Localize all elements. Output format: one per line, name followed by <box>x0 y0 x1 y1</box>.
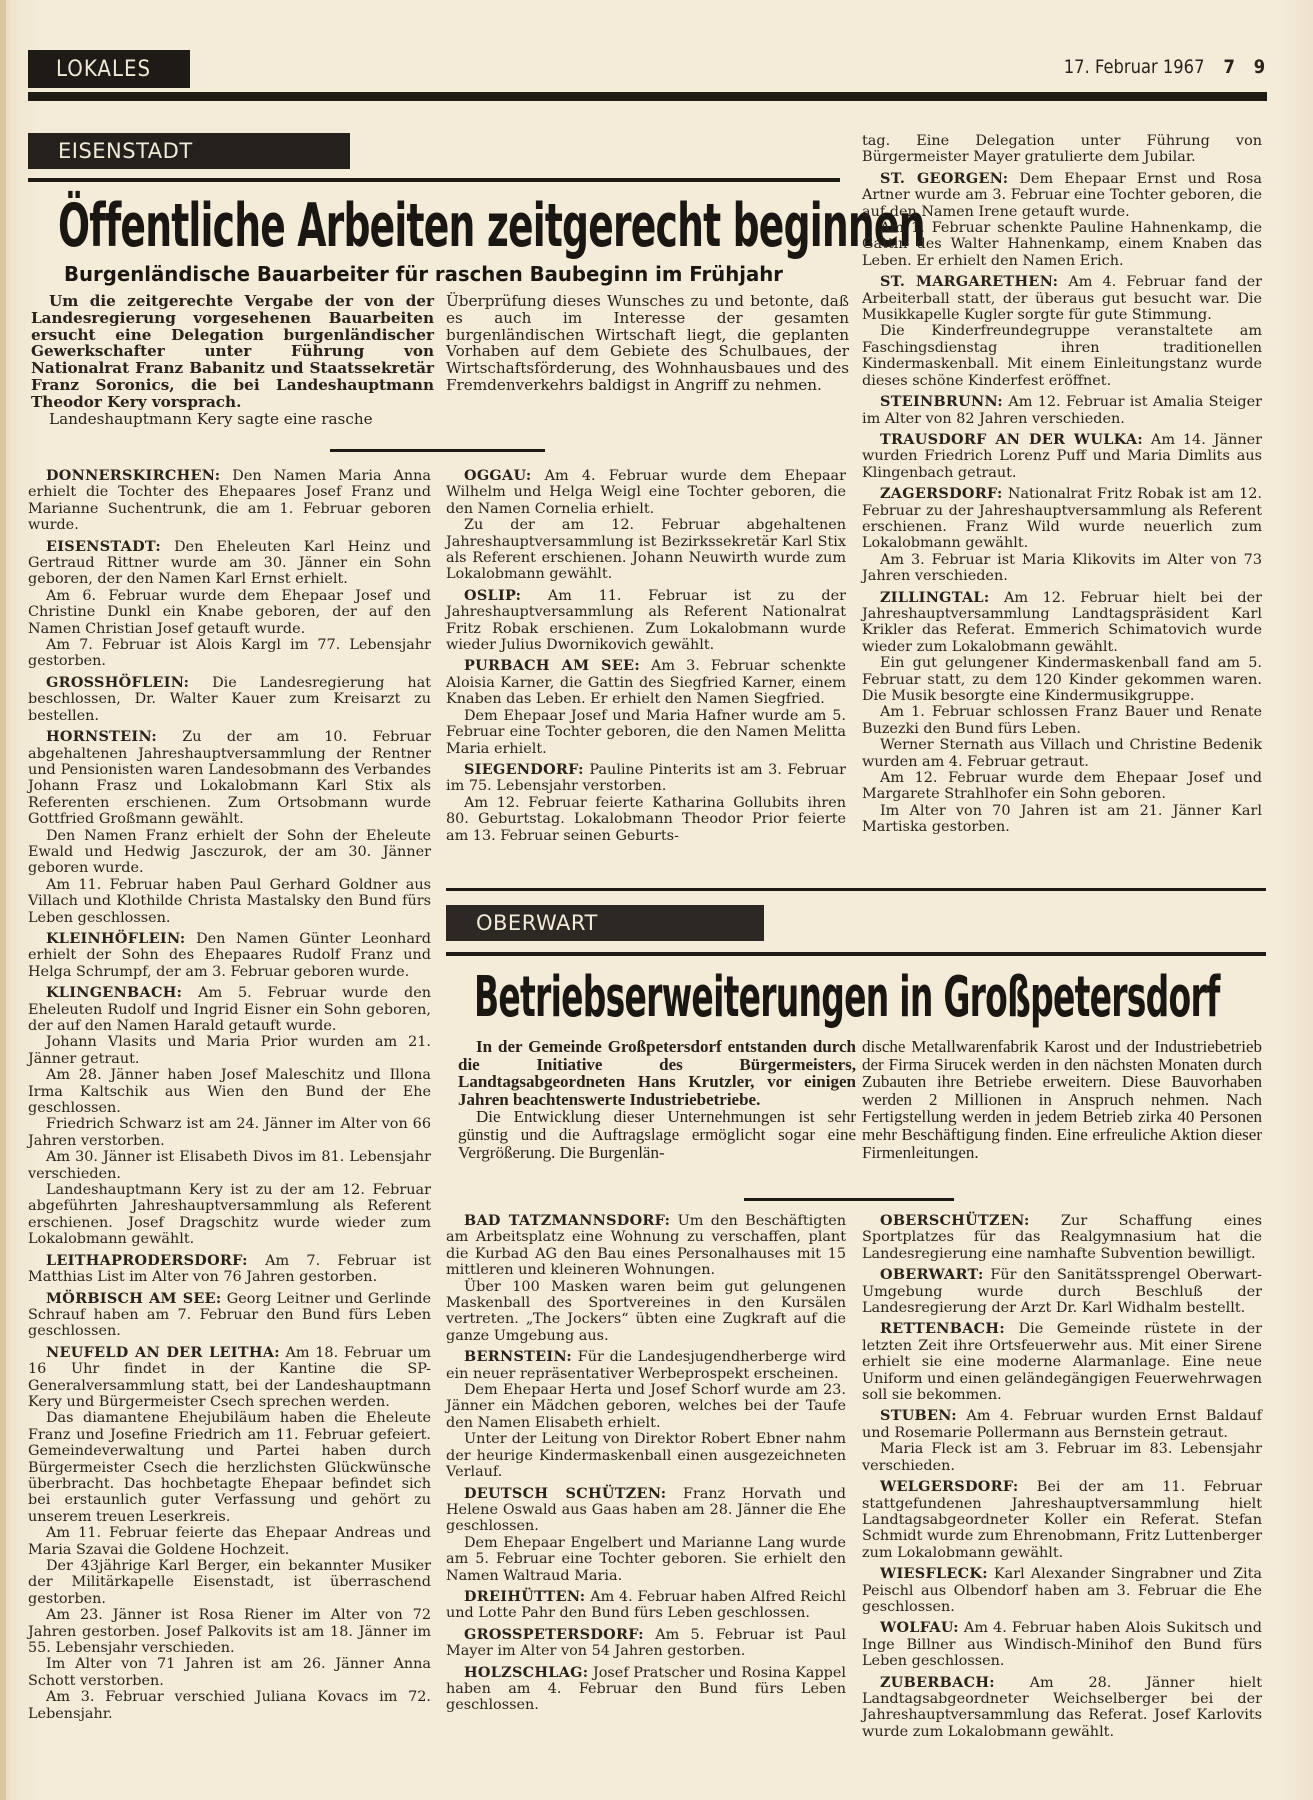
place-name: ZAGERSDORF: <box>880 485 1003 502</box>
news-paragraph: Am 3. Februar verschied Juliana Kovacs i… <box>28 1689 431 1722</box>
news-entry: HORNSTEIN: Zu der am 10. Februar abgehal… <box>28 729 431 827</box>
news-entry: WELGERSDORF: Bei der am 11. Februar stat… <box>862 1479 1262 1561</box>
page-number: 9 <box>1254 56 1265 78</box>
news-paragraph: Ein gut gelungener Kindermaskenball fand… <box>862 655 1262 704</box>
news-paragraph: Am 23. Jänner ist Rosa Riener im Alter v… <box>28 1607 431 1656</box>
news-column-5: OBERSCHÜTZEN: Zur Schaffung eines Sportp… <box>862 1208 1262 1740</box>
news-entry: OBERSCHÜTZEN: Zur Schaffung eines Sportp… <box>862 1213 1262 1262</box>
place-name: EISENSTADT: <box>46 538 161 555</box>
entry-text: Ein gut gelungener Kindermaskenball fand… <box>862 655 1262 704</box>
news-column-2: OGGAU: Am 4. Februar wurde dem Ehepaar W… <box>446 463 846 844</box>
place-name: WOLFAU: <box>880 1619 959 1636</box>
place-name: DEUTSCH SCHÜTZEN: <box>464 1485 666 1502</box>
place-name: ZUBERBACH: <box>880 1674 995 1691</box>
news-entry: RETTENBACH: Die Gemeinde rüstete in der … <box>862 1321 1262 1403</box>
entry-text: Unter der Leitung von Direktor Robert Eb… <box>446 1431 846 1480</box>
body-paragraph: Die Entwicklung dieser Unternehmungen is… <box>458 1108 856 1161</box>
news-paragraph: Am 12. Februar feierte Katharina Gollubi… <box>446 795 846 844</box>
news-entry: NEUFELD AN DER LEITHA: Am 18. Februar um… <box>28 1345 431 1411</box>
entry-text: Im Alter von 70 Jahren ist am 21. Jänner… <box>862 803 1262 835</box>
place-name: BAD TATZMANNSDORF: <box>464 1212 670 1229</box>
place-name: STUBEN: <box>880 1407 957 1424</box>
entry-text: Dem Ehepaar Josef und Maria Hafner wurde… <box>446 708 846 757</box>
news-paragraph: Am 12. Februar wurde dem Ehepaar Josef u… <box>862 770 1262 803</box>
entry-text: Am 11. Februar feierte das Ehepaar Andre… <box>28 1525 431 1557</box>
news-paragraph: Am 11. Februar feierte das Ehepaar Andre… <box>28 1525 431 1558</box>
place-name: OBERWART: <box>880 1266 984 1283</box>
newspaper-page: LOKALES 17. Februar 1967 7 9 EISENSTADT … <box>0 0 1313 1800</box>
place-name: STEINBRUNN: <box>880 393 1003 410</box>
news-entry: BERNSTEIN: Für die Landesjugendherberge … <box>446 1349 846 1382</box>
entry-text: Dem Ehepaar Engelbert und Marianne Lang … <box>446 1535 846 1584</box>
entry-text: Dem Ehepaar Herta und Josef Schorf wurde… <box>446 1382 846 1431</box>
entry-text: Johann Vlasits und Maria Prior wurden am… <box>28 1034 431 1066</box>
news-paragraph: Das diamantene Ehejubiläum haben die Ehe… <box>28 1410 431 1525</box>
entry-text: Friedrich Schwarz ist am 24. Jänner im A… <box>28 1116 431 1148</box>
place-name: DONNERSKIRCHEN: <box>46 467 220 484</box>
place-name: OSLIP: <box>464 587 521 604</box>
place-name: HORNSTEIN: <box>46 728 157 745</box>
place-name: TRAUSDORF AN DER WULKA: <box>880 431 1143 448</box>
entry-text: Am 12. Februar wurde dem Ehepaar Josef u… <box>862 770 1262 802</box>
entry-text: Am 6. Februar wurde dem Ehepaar Josef un… <box>28 588 431 637</box>
entry-text: Im Alter von 71 Jahren ist am 26. Jänner… <box>28 1656 431 1688</box>
news-column-1: DONNERSKIRCHEN: Den Namen Maria Anna erh… <box>28 463 431 1722</box>
news-entry: WOLFAU: Am 4. Februar haben Alois Sukits… <box>862 1620 1262 1669</box>
place-name: KLEINHÖFLEIN: <box>46 930 186 947</box>
news-entry: STUBEN: Am 4. Februar wurden Ernst Balda… <box>862 1408 1262 1441</box>
place-name: SIEGENDORF: <box>464 761 584 778</box>
place-name: LEITHAPRODERSDORF: <box>46 1252 248 1269</box>
news-entry: ST. GEORGEN: Dem Ehepaar Ernst und Rosa … <box>862 171 1262 220</box>
news-paragraph: Dem Ehepaar Herta und Josef Schorf wurde… <box>446 1382 846 1431</box>
news-column-4: BAD TATZMANNSDORF: Um den Beschäftigten … <box>446 1208 846 1714</box>
place-name: ZILLINGTAL: <box>880 589 989 606</box>
news-paragraph: Über 100 Masken waren beim gut gelungene… <box>446 1279 846 1345</box>
news-entry: BAD TATZMANNSDORF: Um den Beschäftigten … <box>446 1213 846 1279</box>
news-entry: ZAGERSDORF: Nationalrat Fritz Robak ist … <box>862 486 1262 552</box>
news-paragraph: Im Alter von 70 Jahren ist am 21. Jänner… <box>862 803 1262 836</box>
news-entry: LEITHAPRODERSDORF: Am 7. Februar ist Mat… <box>28 1253 431 1286</box>
news-entry: KLINGENBACH: Am 5. Februar wurde den Ehe… <box>28 985 431 1034</box>
news-entry: HOLZSCHLAG: Josef Pratscher und Rosina K… <box>446 1665 846 1714</box>
news-entry: EISENSTADT: Den Eheleuten Karl Heinz und… <box>28 539 431 588</box>
news-paragraph: Friedrich Schwarz ist am 24. Jänner im A… <box>28 1116 431 1149</box>
place-name: MÖRBISCH AM SEE: <box>46 1290 222 1307</box>
news-entry: ST. MARGARETHEN: Am 4. Februar fand der … <box>862 274 1262 323</box>
news-paragraph: Werner Sternath aus Villach und Christin… <box>862 737 1262 770</box>
news-paragraph: Die Kinderfreundegruppe veranstaltete am… <box>862 323 1262 389</box>
news-paragraph: tag. Eine Delegation unter Führung von B… <box>862 133 1262 166</box>
news-paragraph: Der 43jährige Karl Berger, ein bekannter… <box>28 1558 431 1607</box>
news-entry: ZILLINGTAL: Am 12. Februar hielt bei der… <box>862 590 1262 656</box>
place-name: RETTENBACH: <box>880 1320 1005 1337</box>
entry-text: Am 7. Februar ist Alois Kargl im 77. Leb… <box>28 637 431 669</box>
entry-text: tag. Eine Delegation unter Führung von B… <box>862 133 1262 165</box>
entry-text: Den Namen Franz erhielt der Sohn der Ehe… <box>28 828 431 877</box>
lead-column-eisenstadt: Um die zeitgerechte Vergabe der von der … <box>31 293 434 427</box>
dateline: 17. Februar 1967 7 9 <box>1064 56 1265 78</box>
news-entry: STEINBRUNN: Am 12. Februar ist Amalia St… <box>862 394 1262 427</box>
news-paragraph: Am 6. Februar wurde dem Ehepaar Josef un… <box>28 588 431 637</box>
entry-text: Über 100 Masken waren beim gut gelungene… <box>446 1279 846 1344</box>
place-name: OBERSCHÜTZEN: <box>880 1212 1030 1229</box>
place-name: KLINGENBACH: <box>46 984 182 1001</box>
news-paragraph: Am 11. Februar haben Paul Gerhard Goldne… <box>28 877 431 926</box>
section-rule-eisenstadt <box>28 178 840 182</box>
news-paragraph: Dem Ehepaar Josef und Maria Hafner wurde… <box>446 708 846 757</box>
news-entry: OGGAU: Am 4. Februar wurde dem Ehepaar W… <box>446 468 846 517</box>
place-name: GROSSPETERSDORF: <box>464 1626 644 1643</box>
entry-text: Landeshauptmann Kery ist zu der am 12. F… <box>28 1182 431 1247</box>
news-paragraph: Maria Fleck ist am 3. Februar im 83. Leb… <box>862 1441 1262 1474</box>
issue-date: 17. Februar 1967 <box>1064 56 1205 78</box>
column-separator-rule <box>744 1198 954 1201</box>
place-name: ST. MARGARETHEN: <box>880 273 1058 290</box>
news-entry: SIEGENDORF: Pauline Pinterits ist am 3. … <box>446 762 846 795</box>
body-column-oberwart: dische Metallwarenfabrik Karost und der … <box>862 1038 1262 1161</box>
entry-text: Das diamantene Ehejubiläum haben die Ehe… <box>28 1410 431 1524</box>
place-name: WIESFLECK: <box>880 1565 988 1582</box>
entry-text: Am 12. Februar feierte Katharina Gollubi… <box>446 795 846 844</box>
news-paragraph: Zu der am 12. Februar abgehaltenen Jahre… <box>446 517 846 583</box>
entry-text: Am 3. Februar verschied Juliana Kovacs i… <box>28 1689 431 1721</box>
news-entry: GROSSPETERSDORF: Am 5. Februar ist Paul … <box>446 1627 846 1660</box>
news-entry: ZUBERBACH: Am 28. Jänner hielt Landtagsa… <box>862 1675 1262 1741</box>
news-paragraph: Am 1. Februar schenkte Pauline Hahnenkam… <box>862 220 1262 269</box>
body-column-eisenstadt: Überprüfung dieses Wunsches zu und beton… <box>446 293 849 394</box>
lead-column-oberwart: In der Gemeinde Großpetersdorf entstande… <box>458 1038 856 1161</box>
place-name: GROSSHÖFLEIN: <box>46 674 189 691</box>
place-name: HOLZSCHLAG: <box>464 1664 588 1681</box>
news-paragraph: Landeshauptmann Kery ist zu der am 12. F… <box>28 1182 431 1248</box>
entry-text: Am 1. Februar schlossen Franz Bauer und … <box>862 704 1262 736</box>
news-paragraph: Am 3. Februar ist Maria Klikovits im Alt… <box>862 552 1262 585</box>
entry-text: Am 1. Februar schenkte Pauline Hahnenkam… <box>862 220 1262 269</box>
news-paragraph: Johann Vlasits und Maria Prior wurden am… <box>28 1034 431 1067</box>
column-separator-rule <box>330 449 545 452</box>
place-name: NEUFELD AN DER LEITHA: <box>46 1344 280 1361</box>
news-entry: DEUTSCH SCHÜTZEN: Franz Horvath und Hele… <box>446 1486 846 1535</box>
place-name: WELGERSDORF: <box>880 1478 1018 1495</box>
header-rule <box>28 92 1267 101</box>
body-paragraph: Landeshauptmann Kery sagte eine rasche <box>31 411 434 428</box>
news-entry: PURBACH AM SEE: Am 3. Februar schenkte A… <box>446 658 846 707</box>
news-entry: DREIHÜTTEN: Am 4. Februar haben Alfred R… <box>446 1589 846 1622</box>
news-entry: TRAUSDORF AN DER WULKA: Am 14. Jänner wu… <box>862 432 1262 481</box>
section-tab-eisenstadt: EISENSTADT <box>28 133 350 169</box>
news-paragraph: Im Alter von 71 Jahren ist am 26. Jänner… <box>28 1656 431 1689</box>
news-entry: GROSSHÖFLEIN: Die Landesregierung hat be… <box>28 675 431 724</box>
section-tab-oberwart: OBERWART <box>446 905 764 941</box>
headline-oberwart: Betriebserweiterungen in Großpetersdorf <box>474 965 1220 1030</box>
entry-text: Werner Sternath aus Villach und Christin… <box>862 737 1262 769</box>
paper-edge <box>0 0 6 1800</box>
entry-text: Maria Fleck ist am 3. Februar im 83. Leb… <box>862 1441 1262 1473</box>
lead-paragraph: Um die zeitgerechte Vergabe der von der … <box>31 293 434 411</box>
entry-text: Der 43jährige Karl Berger, ein bekannter… <box>28 1558 431 1607</box>
news-entry: DONNERSKIRCHEN: Den Namen Maria Anna erh… <box>28 468 431 534</box>
headline-eisenstadt: Öffentliche Arbeiten zeitgerecht beginne… <box>58 190 925 260</box>
news-entry: WIESFLECK: Karl Alexander Singrabner und… <box>862 1566 1262 1615</box>
news-column-3: tag. Eine Delegation unter Führung von B… <box>862 133 1262 836</box>
news-paragraph: Am 7. Februar ist Alois Kargl im 77. Leb… <box>28 637 431 670</box>
news-paragraph: Am 28. Jänner haben Josef Maleschitz und… <box>28 1067 431 1116</box>
news-paragraph: Unter der Leitung von Direktor Robert Eb… <box>446 1431 846 1480</box>
page-marker: 7 <box>1223 56 1234 78</box>
entry-text: Am 30. Jänner ist Elisabeth Divos im 81.… <box>28 1149 431 1181</box>
section-rule-top-oberwart <box>446 888 1266 891</box>
place-name: OGGAU: <box>464 467 531 484</box>
entry-text: Am 23. Jänner ist Rosa Riener im Alter v… <box>28 1607 431 1656</box>
entry-text: Die Kinderfreundegruppe veranstaltete am… <box>862 323 1262 388</box>
news-paragraph: Am 1. Februar schlossen Franz Bauer und … <box>862 704 1262 737</box>
place-name: BERNSTEIN: <box>464 1348 572 1365</box>
entry-text: Am 11. Februar haben Paul Gerhard Goldne… <box>28 877 431 926</box>
entry-text: Zu der am 12. Februar abgehaltenen Jahre… <box>446 517 846 582</box>
body-paragraph: Überprüfung dieses Wunsches zu und beton… <box>446 293 849 394</box>
body-paragraph: dische Metallwarenfabrik Karost und der … <box>862 1038 1262 1161</box>
news-paragraph: Dem Ehepaar Engelbert und Marianne Lang … <box>446 1535 846 1584</box>
place-name: PURBACH AM SEE: <box>464 657 640 674</box>
lead-paragraph: In der Gemeinde Großpetersdorf entstande… <box>458 1038 856 1108</box>
news-paragraph: Am 30. Jänner ist Elisabeth Divos im 81.… <box>28 1149 431 1182</box>
section-rubric: LOKALES <box>28 50 190 88</box>
place-name: DREIHÜTTEN: <box>464 1588 585 1605</box>
news-entry: OSLIP: Am 11. Februar ist zu der Jahresh… <box>446 588 846 654</box>
entry-text: Am 3. Februar ist Maria Klikovits im Alt… <box>862 552 1262 584</box>
place-name: ST. GEORGEN: <box>880 170 1008 187</box>
subhead-eisenstadt: Burgenländische Bauarbeiter für raschen … <box>64 262 783 286</box>
news-entry: MÖRBISCH AM SEE: Georg Leitner und Gerli… <box>28 1291 431 1340</box>
entry-text: Am 28. Jänner haben Josef Maleschitz und… <box>28 1067 431 1116</box>
news-paragraph: Den Namen Franz erhielt der Sohn der Ehe… <box>28 828 431 877</box>
news-entry: OBERWART: Für den Sanitätssprengel Oberw… <box>862 1267 1262 1316</box>
section-rule-oberwart <box>446 952 1266 956</box>
news-entry: KLEINHÖFLEIN: Den Namen Günter Leonhard … <box>28 931 431 980</box>
